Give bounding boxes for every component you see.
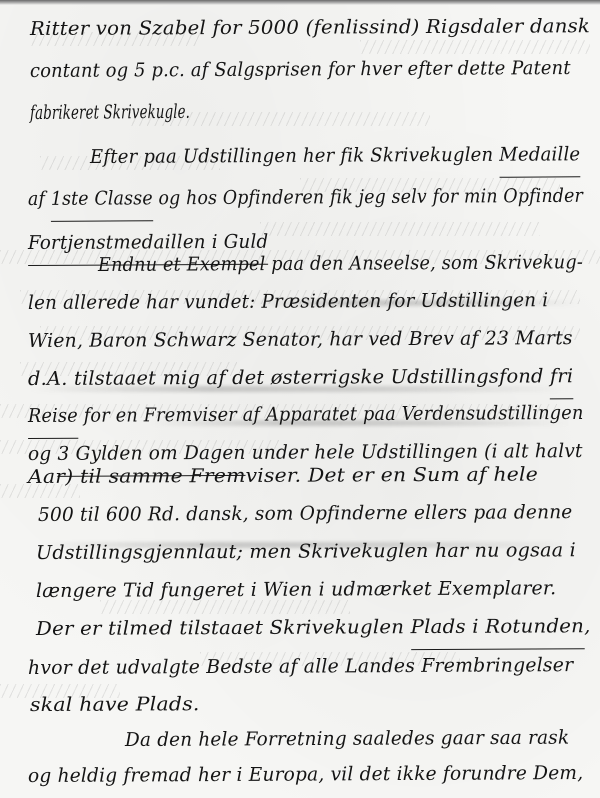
text-segment: hvor det udvalgte Bedste af alle Landes … (28, 644, 574, 689)
page-top-edge-shadow (0, 0, 600, 5)
handwritten-line: hvor det udvalgte Bedste af alle Landes … (28, 644, 574, 689)
text-segment: for 5000 (fenlissind) Rigsdaler dansk (206, 5, 590, 49)
handwritten-line: contant og 5 p.c. af Salgsprisen for hve… (30, 47, 571, 92)
text-segment: af (28, 178, 51, 220)
handwritten-line: og heldig fremad her i Europa, vil det i… (28, 752, 583, 797)
text-segment: fabrikeret Skrivekugle. (30, 91, 190, 134)
text-segment: , (584, 605, 591, 647)
handwritten-line: af 1ste Classe og hos Opfinderen fik jeg… (28, 175, 583, 220)
text-segment: Efter paa Udstillingen her fik Skrivekug… (90, 134, 499, 178)
underlined-phrase: Medaille (499, 133, 580, 177)
text-segment: og hos Opfinderen fik jeg selv for min O… (153, 175, 583, 219)
text-segment: contant og 5 p.c. af Salgsprisen for hve… (30, 47, 571, 92)
bleed-through-texture (260, 222, 540, 236)
handwritten-line: Efter paa Udstillingen her fik Skrivekug… (90, 133, 580, 178)
scanned-letter-page: Ritter von Szabel for 5000 (fenlissind) … (0, 0, 600, 798)
text-segment: og heldig fremad her i Europa, vil det i… (28, 752, 583, 797)
handwritten-line: fabrikeret Skrivekugle. (30, 91, 190, 134)
text-segment: Der er tilmed tilstaaet Skrivekuglen (36, 606, 411, 650)
underlined-phrase: 1ste Classe (51, 177, 153, 222)
handwritten-line: Der er tilmed tilstaaet Skrivekuglen Pla… (36, 605, 591, 650)
handwritten-line: Ritter von Szabel for 5000 (fenlissind) … (30, 5, 590, 50)
text-segment: Ritter von Szabel (30, 7, 206, 50)
